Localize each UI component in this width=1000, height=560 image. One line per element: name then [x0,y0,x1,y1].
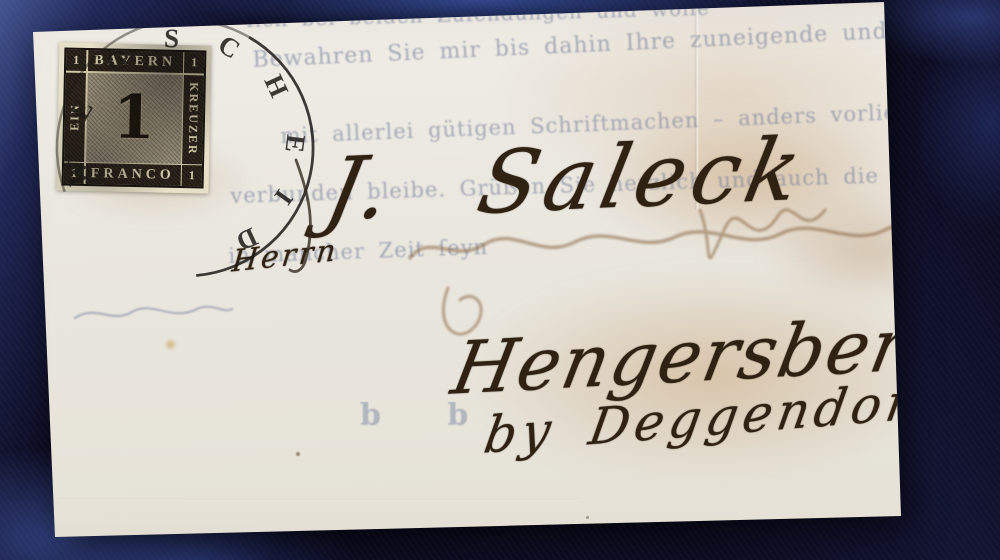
photo-of-letter-on-velvet: { "scene": { "velvet_color": "#0c0c22", … [0,0,1000,560]
paper-crease-horizontal [60,498,580,501]
paper-speck [296,452,300,456]
letter-cover: ſich bei beiden Zuſendungen und wolle Be… [0,0,1000,560]
paper-speck [586,516,589,519]
letter-cover-wrapper: ſich bei beiden Zuſendungen und wolle Be… [0,0,1000,560]
postmark-wegscheid: WEGSCHEID [0,0,420,320]
postmark-town-text: WEGSCHEID [59,23,311,272]
